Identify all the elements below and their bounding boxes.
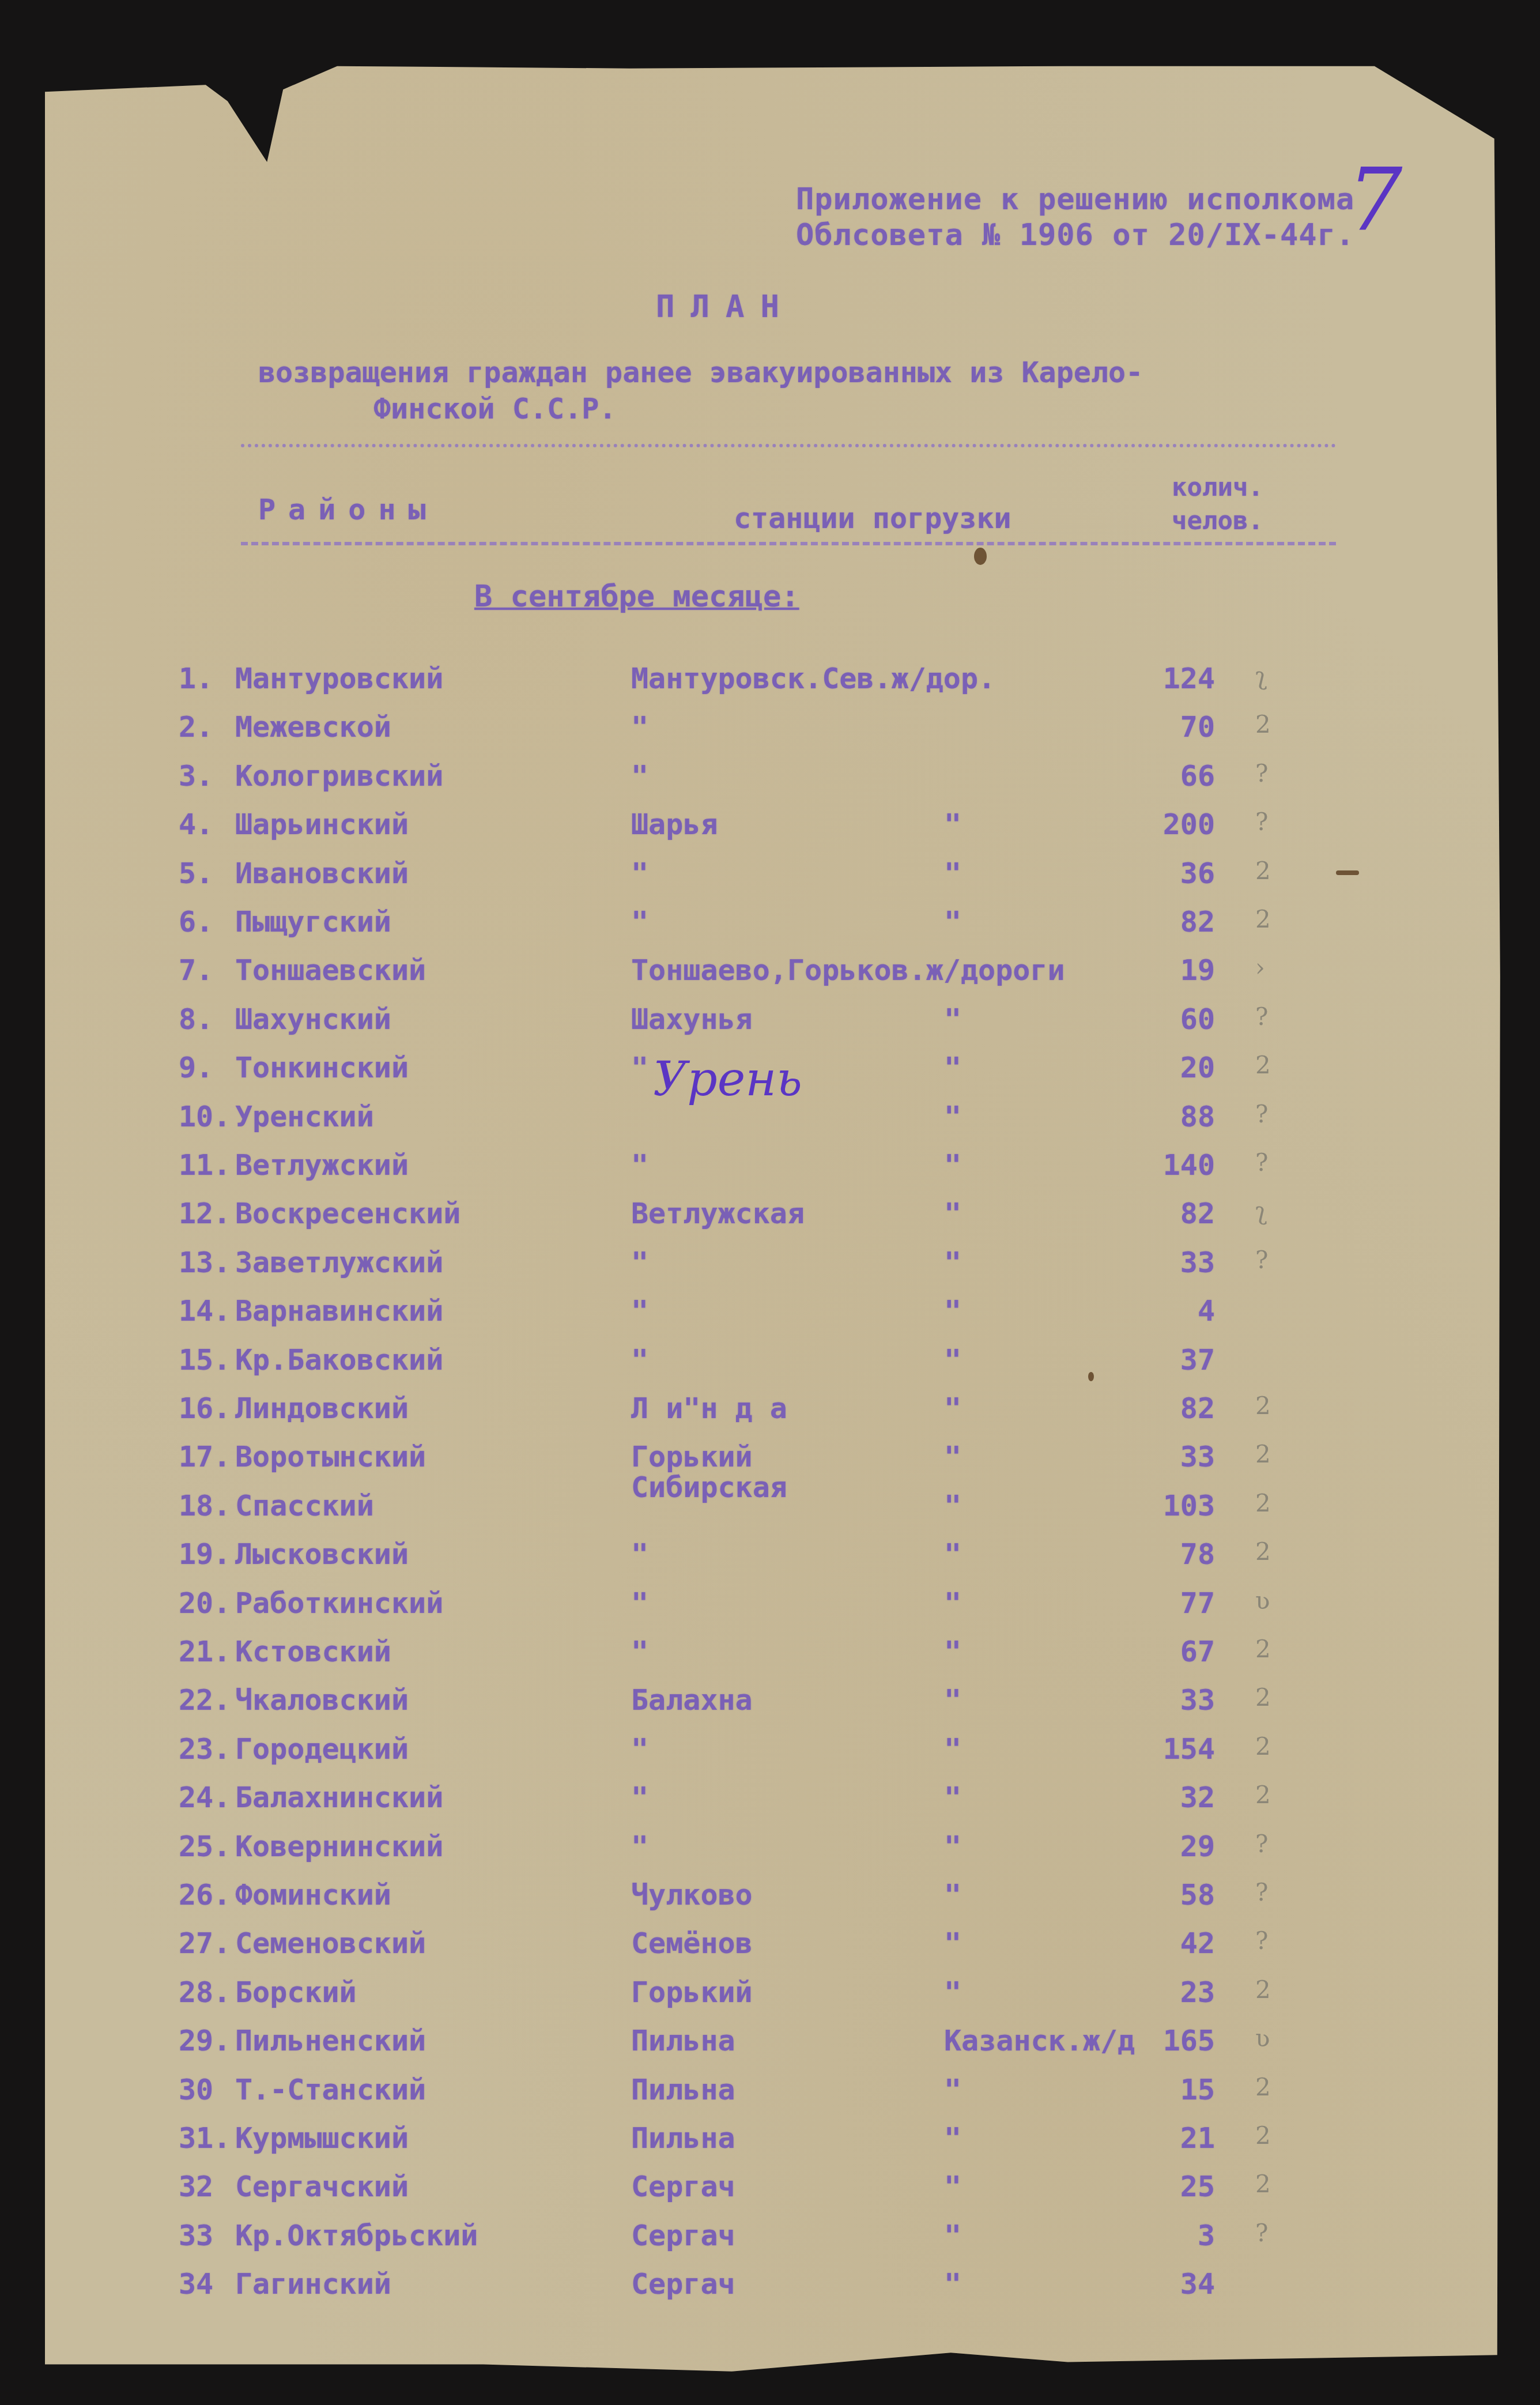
- loading-station: Шахунья: [631, 1002, 753, 1036]
- railway-line: ": [944, 1781, 961, 1814]
- people-count: 66: [1128, 759, 1215, 793]
- table-row: 20.Работкинский""77ʋ: [45, 1586, 1506, 1635]
- table-row: 28.БорскийГорький"232: [45, 1976, 1506, 2024]
- district-name: Кологривский: [235, 759, 443, 793]
- railway-line: ": [944, 1683, 961, 1717]
- paper-speck: [1088, 1372, 1094, 1381]
- pencil-check-mark: ʋ: [1255, 2024, 1270, 2052]
- pencil-check-mark: 2: [1255, 1781, 1271, 1809]
- loading-station: Чулково: [631, 1878, 753, 1912]
- people-count: 23: [1128, 1976, 1215, 2009]
- table-row: 23.Городецкий""1542: [45, 1732, 1506, 1781]
- pencil-check-mark: ›: [1255, 953, 1265, 982]
- table-row: 2.Межевской"702: [45, 710, 1506, 759]
- people-count: 77: [1128, 1586, 1215, 1620]
- people-count: 88: [1128, 1100, 1215, 1133]
- loading-station: ": [631, 1051, 648, 1084]
- loading-station: Балахна: [631, 1683, 753, 1717]
- district-name: Шахунский: [235, 1002, 391, 1036]
- annex-note-line1: Приложение к решению исполкома: [796, 182, 1354, 217]
- pencil-check-mark: 2: [1255, 857, 1271, 885]
- district-name: Спасский: [235, 1489, 374, 1522]
- district-name: Воскресенский: [235, 1197, 461, 1230]
- district-name: Шарьинский: [235, 808, 409, 841]
- loading-station: Ветлужская: [631, 1197, 805, 1230]
- district-name: Кр.Баковский: [235, 1343, 443, 1377]
- district-name: Уренский: [235, 1100, 374, 1133]
- loading-station: Семёнов: [631, 1927, 753, 1960]
- district-name: Городецкий: [235, 1732, 409, 1766]
- loading-station: Горький: [631, 1976, 753, 2009]
- table-row: 1.МантуровскийМантуровск.Сев.ж/дор.124ʅ: [45, 662, 1506, 710]
- people-count: 21: [1128, 2121, 1215, 2155]
- loading-station: ": [631, 1537, 648, 1571]
- loading-station: Сергач: [631, 2267, 735, 2301]
- people-count: 140: [1128, 1148, 1215, 1182]
- pencil-check-mark: 2: [1255, 1732, 1271, 1761]
- loading-station: ": [631, 1343, 648, 1377]
- pencil-check-mark: ?: [1255, 2219, 1269, 2247]
- people-count: 4: [1128, 1294, 1215, 1328]
- table-row: 12.ВоскресенскийВетлужская"82ʅ: [45, 1197, 1506, 1245]
- pencil-check-mark: 2: [1255, 1976, 1271, 2004]
- people-count: 34: [1128, 2267, 1215, 2301]
- district-name: Ивановский: [235, 857, 409, 890]
- pencil-check-mark: ?: [1255, 1100, 1269, 1128]
- table-row: 27.СеменовскийСемёнов"42?: [45, 1927, 1506, 1975]
- railway-line: ": [944, 1197, 961, 1230]
- document-title: ПЛАН: [656, 288, 795, 325]
- loading-station: Пильна: [631, 2024, 735, 2057]
- district-name: Сергачский: [235, 2170, 409, 2203]
- pencil-check-mark: ?: [1255, 1830, 1269, 1858]
- people-count: 15: [1128, 2073, 1215, 2106]
- pencil-check-mark: 2: [1255, 1051, 1271, 1079]
- pencil-check-mark: 2: [1255, 1489, 1271, 1517]
- district-name: Чкаловский: [235, 1683, 409, 1717]
- railway-line: ": [944, 1537, 961, 1571]
- table-row: 8.ШахунскийШахунья"60?: [45, 1002, 1506, 1051]
- loading-station: ": [631, 1635, 648, 1668]
- loading-station: ": [631, 1830, 648, 1863]
- railway-line: ": [944, 1294, 961, 1328]
- folio-number: 7: [1347, 150, 1402, 250]
- loading-station: Пильна: [631, 2121, 735, 2155]
- loading-station: Тоншаево,Горьков.ж/дороги: [631, 953, 1065, 987]
- column-header-count-line1: колич.: [1172, 473, 1263, 502]
- table-row: 5.Ивановский""362: [45, 857, 1506, 905]
- pencil-check-mark: 2: [1255, 1392, 1271, 1420]
- pencil-check-mark: ?: [1255, 1002, 1269, 1031]
- table-row: 34ГагинскийСергач"34: [45, 2267, 1506, 2316]
- people-count: 33: [1128, 1683, 1215, 1717]
- table-row: 14.Варнавинский""4: [45, 1294, 1506, 1343]
- district-name: Ветлужский: [235, 1148, 409, 1182]
- railway-line: ": [944, 1343, 961, 1377]
- railway-line: ": [944, 1830, 961, 1863]
- pencil-check-mark: 2: [1255, 1683, 1271, 1712]
- district-name: Т.-Станский: [235, 2073, 426, 2106]
- table-row: 21.Кстовский""672: [45, 1635, 1506, 1683]
- document-page: 7 Приложение к решению исполкома Облсове…: [45, 40, 1506, 2381]
- railway-line: ": [944, 905, 961, 938]
- railway-line: ": [944, 1440, 961, 1473]
- district-name: Работкинский: [235, 1586, 443, 1620]
- document-subtitle-line1: возвращения граждан ранее эвакуированных…: [258, 355, 1143, 390]
- railway-line: Казанск.ж/д: [944, 2024, 1135, 2057]
- district-name: Заветлужский: [235, 1246, 443, 1279]
- table-row: 33Кр.ОктябрьскийСергач"3?: [45, 2219, 1506, 2267]
- pencil-check-mark: ʋ: [1255, 1586, 1270, 1615]
- people-count: 42: [1128, 1927, 1215, 1960]
- column-header-districts: Районы: [258, 493, 439, 526]
- people-count: 60: [1128, 1002, 1215, 1036]
- loading-station: ": [631, 905, 648, 938]
- people-count: 124: [1128, 662, 1215, 695]
- table-row: 24.Балахнинский""322: [45, 1781, 1506, 1829]
- district-name: Мантуровский: [235, 662, 443, 695]
- people-count: 78: [1128, 1537, 1215, 1571]
- pencil-check-mark: 2: [1255, 2121, 1271, 2150]
- table-row: 32СергачскийСергач"252: [45, 2170, 1506, 2218]
- people-count: 19: [1128, 953, 1215, 987]
- railway-line: ": [944, 2219, 961, 2252]
- district-name: Пильненский: [235, 2024, 426, 2057]
- district-name: Курмышский: [235, 2121, 409, 2155]
- pencil-check-mark: 2: [1255, 1537, 1271, 1566]
- railway-line: ": [944, 1927, 961, 1960]
- ink-blot: [974, 548, 987, 565]
- table-row: 16.ЛиндовскийЛ и"н д а"822: [45, 1392, 1506, 1440]
- railway-line: ": [944, 1002, 961, 1036]
- railway-line: ": [944, 1100, 961, 1133]
- column-header-count-line2: челов.: [1172, 506, 1263, 536]
- railway-line: ": [944, 1148, 961, 1182]
- loading-station: Сергач: [631, 2219, 735, 2252]
- people-count: 25: [1128, 2170, 1215, 2203]
- table-row: 6.Пыщугский""822: [45, 905, 1506, 953]
- railway-line: ": [944, 1392, 961, 1425]
- district-name: Тоншаевский: [235, 953, 426, 987]
- table-row: 26.ФоминскийЧулково"58?: [45, 1878, 1506, 1927]
- loading-station: Л и"н д а: [631, 1392, 787, 1425]
- table-row: 30Т.-СтанскийПильна"152: [45, 2073, 1506, 2121]
- district-name: Линдовский: [235, 1392, 409, 1425]
- people-count: 37: [1128, 1343, 1215, 1377]
- table-row: 3.Кологривский"66?: [45, 759, 1506, 808]
- people-count: 82: [1128, 905, 1215, 938]
- loading-station: ": [631, 1781, 648, 1814]
- pencil-check-mark: 2: [1255, 2073, 1271, 2101]
- pencil-check-mark: ?: [1255, 759, 1269, 787]
- handwritten-station-uren: Урень: [653, 1052, 802, 1107]
- district-name: Гагинский: [235, 2267, 391, 2301]
- people-count: 33: [1128, 1246, 1215, 1279]
- railway-line: ": [944, 2267, 961, 2301]
- people-count: 29: [1128, 1830, 1215, 1863]
- loading-station: ": [631, 1294, 648, 1328]
- district-name: Борский: [235, 1976, 357, 2009]
- loading-station: ": [631, 1586, 648, 1620]
- pencil-check-mark: ?: [1255, 808, 1269, 836]
- pencil-check-mark: 2: [1255, 710, 1271, 738]
- people-count: 32: [1128, 1781, 1215, 1814]
- pencil-check-mark: ?: [1255, 1878, 1269, 1906]
- loading-station: ": [631, 1246, 648, 1279]
- table-row: 18.СпасскийСибирская"1032: [45, 1489, 1506, 1537]
- table-row: 4.ШарьинскийШарья"200?: [45, 808, 1506, 856]
- railway-line: ": [944, 2170, 961, 2203]
- district-name: Варнавинский: [235, 1294, 443, 1328]
- people-count: 33: [1128, 1440, 1215, 1473]
- header-bottom-rule: [241, 542, 1336, 545]
- table-row: 7.ТоншаевскийТоншаево,Горьков.ж/дороги19…: [45, 953, 1506, 1002]
- railway-line: ": [944, 2073, 961, 2106]
- railway-line: ": [944, 1586, 961, 1620]
- railway-line: ": [944, 1976, 961, 2009]
- document-subtitle-line2: Финской С.С.Р.: [373, 391, 616, 427]
- pencil-check-mark: ʅ: [1255, 1197, 1267, 1225]
- loading-station: Пильна: [631, 2073, 735, 2106]
- railway-line: ": [944, 2121, 961, 2155]
- district-name: Семеновский: [235, 1927, 426, 1960]
- loading-station: Сергач: [631, 2170, 735, 2203]
- railway-line: ": [944, 808, 961, 841]
- people-count: 165: [1128, 2024, 1215, 2057]
- paper-speck: [1336, 870, 1359, 875]
- loading-station: Горький: [631, 1440, 753, 1473]
- railway-line: ": [944, 1878, 961, 1912]
- loading-station: Шарья: [631, 808, 718, 841]
- district-name: Ковернинский: [235, 1830, 443, 1863]
- section-heading-september: В сентябре месяце:: [474, 579, 799, 614]
- table-row: 29.ПильненскийПильнаКазанск.ж/д165ʋ: [45, 2024, 1506, 2072]
- people-count: 36: [1128, 857, 1215, 890]
- people-count: 82: [1128, 1392, 1215, 1425]
- railway-line: ": [944, 857, 961, 890]
- people-count: 103: [1128, 1489, 1215, 1522]
- railway-line: ": [944, 1732, 961, 1766]
- table-row: 13.Заветлужский""33?: [45, 1246, 1506, 1294]
- district-name: Лысковский: [235, 1537, 409, 1571]
- pencil-check-mark: 2: [1255, 1635, 1271, 1663]
- railway-line: ": [944, 1489, 961, 1522]
- railway-line: ": [944, 1051, 961, 1084]
- table-row: 22.ЧкаловскийБалахна"332: [45, 1683, 1506, 1732]
- pencil-check-mark: 2: [1255, 905, 1271, 933]
- loading-station: ": [631, 1148, 648, 1182]
- railway-line: ": [944, 1246, 961, 1279]
- district-name: Балахнинский: [235, 1781, 443, 1814]
- table-row: 10.Уренский"88?: [45, 1100, 1506, 1148]
- pencil-check-mark: 2: [1255, 2170, 1271, 2198]
- pencil-check-mark: ?: [1255, 1927, 1269, 1955]
- people-count: 58: [1128, 1878, 1215, 1912]
- table-row: 25.Ковернинский""29?: [45, 1830, 1506, 1878]
- people-count: 154: [1128, 1732, 1215, 1766]
- people-count: 20: [1128, 1051, 1215, 1084]
- table-row: 19.Лысковский""782: [45, 1537, 1506, 1586]
- pencil-check-mark: ?: [1255, 1148, 1269, 1177]
- district-name: Межевской: [235, 710, 391, 744]
- annex-note-line2: Облсовета № 1906 от 20/IX-44г.: [796, 217, 1354, 253]
- table-row: 31.КурмышскийПильна"212: [45, 2121, 1506, 2170]
- district-name: Кстовский: [235, 1635, 391, 1668]
- pencil-check-mark: ʅ: [1255, 662, 1267, 690]
- table-row: 11.Ветлужский""140?: [45, 1148, 1506, 1197]
- district-name: Кр.Октябрьский: [235, 2219, 478, 2252]
- district-name: Тонкинский: [235, 1051, 409, 1084]
- people-count: 200: [1128, 808, 1215, 841]
- district-name: Фоминский: [235, 1878, 391, 1912]
- pencil-check-mark: ?: [1255, 1246, 1269, 1274]
- header-top-rule: [241, 444, 1336, 447]
- people-count: 67: [1128, 1635, 1215, 1668]
- column-header-stations: станции погрузки: [734, 502, 1011, 535]
- district-name: Пыщугский: [235, 905, 391, 938]
- loading-station: ": [631, 857, 648, 890]
- people-count: 70: [1128, 710, 1215, 744]
- loading-station: ": [631, 1732, 648, 1766]
- loading-station: Сибирская: [631, 1471, 787, 1504]
- loading-station: ": [631, 710, 648, 744]
- people-count: 3: [1128, 2219, 1215, 2252]
- loading-station: Мантуровск.Сев.ж/дор.: [631, 662, 995, 695]
- pencil-check-mark: 2: [1255, 1440, 1271, 1468]
- district-name: Воротынский: [235, 1440, 426, 1473]
- table-row: 15.Кр.Баковский""37: [45, 1343, 1506, 1392]
- people-count: 82: [1128, 1197, 1215, 1230]
- loading-station: ": [631, 759, 648, 793]
- railway-line: ": [944, 1635, 961, 1668]
